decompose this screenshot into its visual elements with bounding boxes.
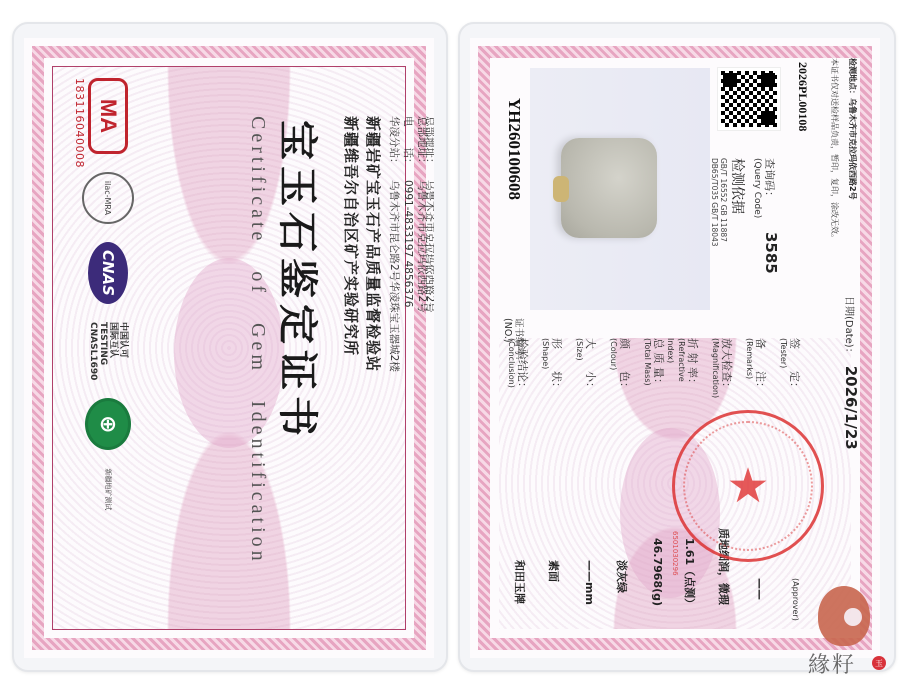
value-total-mass: 46.7968(g) [651,538,664,606]
field-magnification: 放大检查：(Magnification) [710,338,732,398]
field-remarks: 备 注：(Remarks) [744,338,766,398]
value-remarks: —— [753,578,766,600]
official-red-seal: ★ 6501030296 [672,410,824,562]
field-conclusion: 检验结论：(Conclusion) [506,338,528,398]
brand-name: 緣籽 [808,648,856,679]
field-total-mass: 总 质 量：(Total Mass) [642,338,664,398]
brand-badge: 玉 [872,656,886,670]
field-tester: 签 定：(Tester) [778,338,800,398]
rotated-contact-content: 总部地址：乌鲁木齐市克拉玛依西路2号 电 话：0991-4833197 4856… [24,38,434,658]
info-branch-address: 华凌分站：乌鲁木齐市昆仑路2号华凌珠宝玉器城2楼 [387,116,402,372]
seal-code: 6501030296 [671,531,679,576]
seal-star-icon: ★ [726,458,769,514]
info-hq-address: 总部地址：乌鲁木齐市克拉玛依西路2号 [415,116,430,313]
field-shape: 形 状：(Shape) [540,338,562,398]
value-conclusion: 和田玉牌 [512,560,528,604]
value-refractive-index: 1.61（点测） [682,538,698,609]
field-size: 大 小：(Size) [574,338,596,398]
value-size: ——mm [583,560,596,605]
field-refractive-index: 折 射 率：(Refractive Index) [665,338,698,398]
brand-vase-logo-icon [818,586,870,646]
value-shape: 素面 [546,560,562,582]
brand-watermark: 緣籽 玉 [808,586,888,686]
field-colour: 颜 色：(Colour) [608,338,630,398]
certificate-cover-card: MA ilac-MRA CNAS 中国认可 国际互认 TESTING CNASL… [24,38,434,658]
info-hq-phone: 电 话：0991-4833197 4856376 [401,116,416,307]
value-colour: 淡灰绿 [614,560,630,593]
approver-label: (Approver) [791,578,800,621]
